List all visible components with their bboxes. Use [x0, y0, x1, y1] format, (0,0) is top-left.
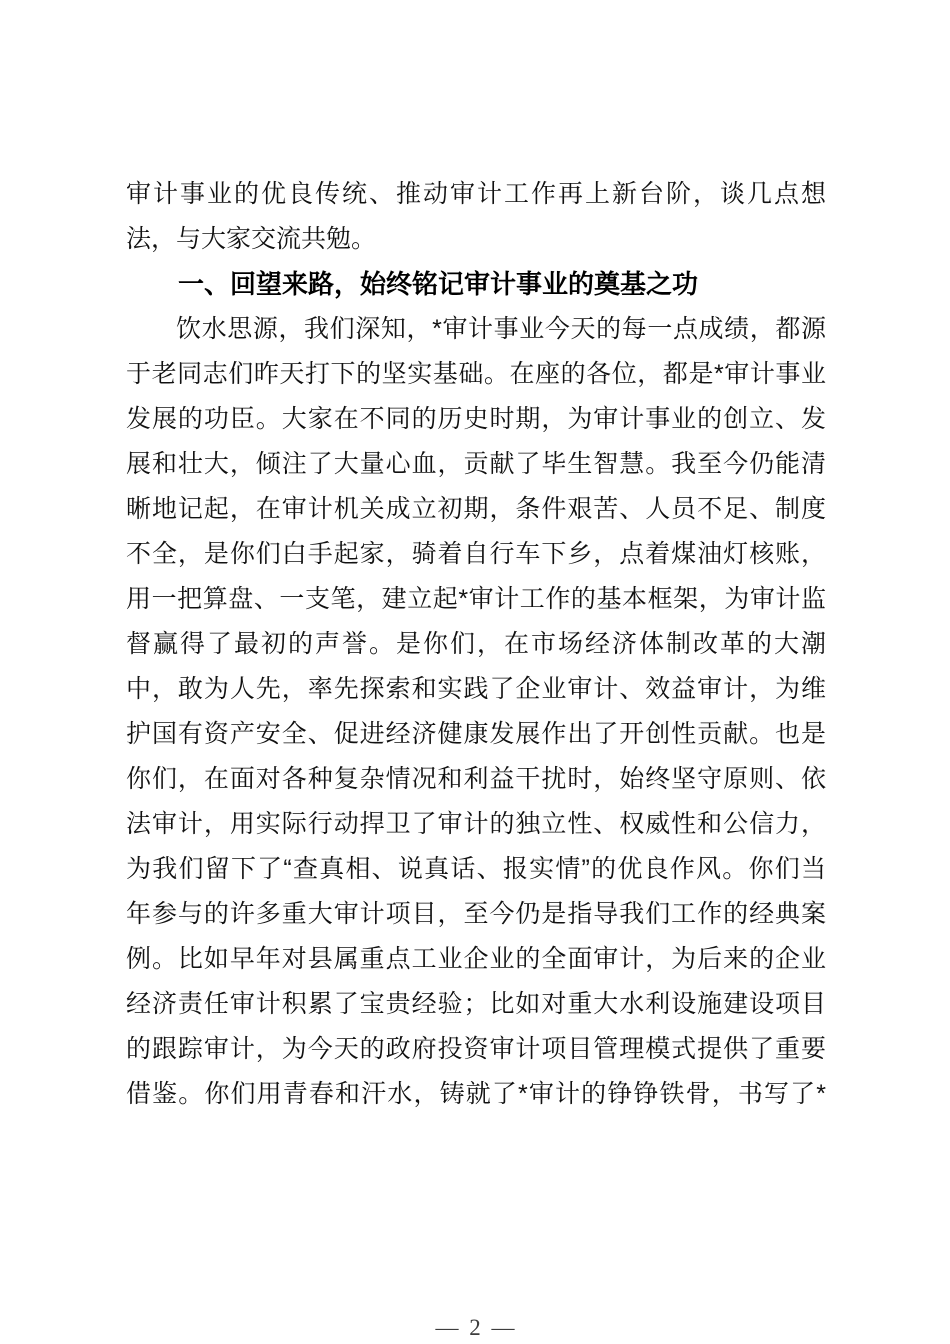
text-line: 你们，在面对各种复杂情况和利益干扰时，始终坚守原则、依	[126, 757, 826, 802]
text-line: 护国有资产安全、促进经济健康发展作出了开创性贡献。也是	[126, 712, 826, 757]
document-page: 审计事业的优良传统、推动审计工作再上新台阶，谈几点想法，与大家交流共勉。一、回望…	[0, 0, 950, 1344]
text-line: 晰地记起，在审计机关成立初期，条件艰苦、人员不足、制度	[126, 487, 826, 532]
text-line: 不全，是你们白手起家，骑着自行车下乡，点着煤油灯核账，	[126, 532, 826, 577]
page-footer: — 2 —	[0, 1312, 950, 1344]
text-line: 发展的功臣。大家在不同的历史时期，为审计事业的创立、发	[126, 397, 826, 442]
section-heading: 一、回望来路，始终铭记审计事业的奠基之功	[126, 262, 826, 307]
document-body: 审计事业的优良传统、推动审计工作再上新台阶，谈几点想法，与大家交流共勉。一、回望…	[126, 172, 826, 1117]
text-line: 饮水思源，我们深知，*审计事业今天的每一点成绩，都源	[126, 307, 826, 352]
text-line: 督赢得了最初的声誉。是你们，在市场经济体制改革的大潮	[126, 622, 826, 667]
text-line: 中，敢为人先，率先探索和实践了企业审计、效益审计，为维	[126, 667, 826, 712]
text-line: 法审计，用实际行动捍卫了审计的独立性、权威性和公信力，	[126, 802, 826, 847]
text-line: 的跟踪审计，为今天的政府投资审计项目管理模式提供了重要	[126, 1027, 826, 1072]
text-line: 用一把算盘、一支笔，建立起*审计工作的基本框架，为审计监	[126, 577, 826, 622]
text-line: 经济责任审计积累了宝贵经验；比如对重大水利设施建设项目	[126, 982, 826, 1027]
page-number: — 2 —	[436, 1315, 515, 1340]
text-line: 展和壮大，倾注了大量心血，贡献了毕生智慧。我至今仍能清	[126, 442, 826, 487]
text-line: 于老同志们昨天打下的坚实基础。在座的各位，都是*审计事业	[126, 352, 826, 397]
text-line: 年参与的许多重大审计项目，至今仍是指导我们工作的经典案	[126, 892, 826, 937]
text-line: 审计事业的优良传统、推动审计工作再上新台阶，谈几点想	[126, 172, 826, 217]
text-line: 借鉴。你们用青春和汗水，铸就了*审计的铮铮铁骨，书写了*	[126, 1072, 826, 1117]
text-line: 为我们留下了“查真相、说真话、报实情”的优良作风。你们当	[126, 847, 826, 892]
text-line: 法，与大家交流共勉。	[126, 217, 826, 262]
text-line: 例。比如早年对县属重点工业企业的全面审计，为后来的企业	[126, 937, 826, 982]
